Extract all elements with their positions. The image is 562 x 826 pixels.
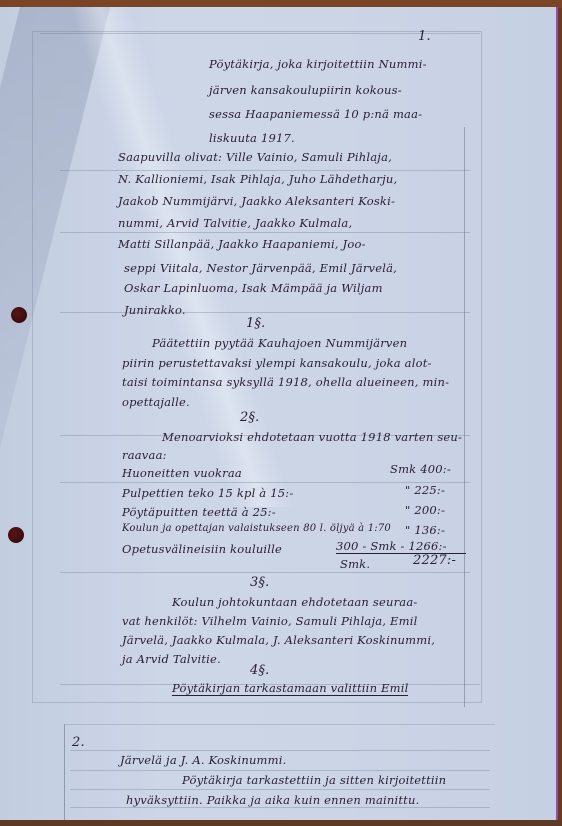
ruled-line: [70, 807, 490, 808]
section-1-line: piirin perustettavaksi ylempi kansakoulu…: [122, 356, 432, 370]
section-2-label: 2§.: [240, 410, 260, 425]
section-1-line: opettajalle.: [122, 395, 190, 409]
section-1-line: taisi toimintansa syksyllä 1918, ohella …: [122, 375, 449, 389]
page-2-line: Pöytäkirja tarkastettiin ja sitten kirjo…: [182, 773, 446, 787]
section-3-label: 3§.: [250, 575, 270, 590]
section-2-intro: Menoarvioksi ehdotetaan vuotta 1918 vart…: [162, 430, 462, 444]
budget-item: Huoneitten vuokraa: [122, 466, 242, 480]
section-1-line: Päätettiin pyytää Kauhajoen Nummijärven: [152, 336, 407, 350]
section-4-label: 4§.: [250, 663, 270, 678]
budget-total-label: Smk.: [340, 557, 370, 571]
budget-amount: " 200:-: [405, 503, 445, 517]
section-4-line: Pöytäkirjan tarkastamaan valittiin Emil: [172, 681, 408, 696]
ruled-line: [40, 33, 480, 34]
attendees-line: Junirakko.: [124, 303, 186, 317]
page-2-line: hyväksyttiin. Paikka ja aika kuin ennen …: [126, 793, 419, 807]
budget-item: Pöytäpuitten teettä à 25:-: [122, 505, 276, 519]
page-2-number: 2.: [72, 735, 85, 750]
ruled-line: [60, 572, 470, 573]
budget-amount: 300 - Smk - 1266:-: [336, 539, 466, 554]
budget-amount: " 225:-: [405, 483, 445, 497]
section-2-intro: raavaa:: [122, 448, 167, 462]
ruled-line: [70, 750, 490, 751]
ruled-line: [60, 170, 470, 171]
ruled-line: [70, 770, 490, 771]
heading-line: sessa Haapaniemessä 10 p:nä maa-: [209, 107, 422, 121]
table-surface-bottom: [0, 820, 562, 826]
budget-item: Koulun ja opettajan valaistukseen 80 l. …: [122, 523, 391, 534]
budget-item: Opetusvälineisiin kouluille: [122, 542, 282, 556]
attendees-line: nummi, Arvid Talvitie, Jaakko Kulmala,: [118, 216, 352, 230]
attendees-line: N. Kallioniemi, Isak Pihlaja, Juho Lähde…: [118, 172, 397, 186]
attendees-line: Saapuvilla olivat: Ville Vainio, Samuli …: [118, 150, 392, 164]
ruled-line: [70, 789, 490, 790]
budget-item: Pulpettien teko 15 kpl à 15:-: [122, 486, 293, 500]
ruled-line: [60, 232, 470, 233]
page-number: 1.: [418, 29, 431, 44]
section-3-line: vat henkilöt: Vilhelm Vainio, Samuli Pih…: [122, 614, 417, 628]
page-2-line: Järvelä ja J. A. Koskinummi.: [120, 753, 287, 767]
binder-hole: [8, 527, 24, 543]
heading-line: Pöytäkirja, joka kirjoitettiin Nummi-: [209, 57, 427, 71]
budget-amount: Smk 400:-: [390, 462, 451, 476]
heading-line: järven kansakoulupiirin kokous-: [209, 83, 402, 97]
section-3-line: Koulun johtokuntaan ehdotetaan seuraa-: [172, 595, 418, 609]
right-margin-line: [464, 127, 465, 707]
budget-amount: " 136:-: [405, 523, 445, 537]
budget-total-value: 2227:-: [413, 553, 456, 568]
attendees-line: seppi Viitala, Nestor Järvenpää, Emil Jä…: [124, 261, 397, 275]
ruled-line: [60, 312, 470, 313]
section-3-line: Järvelä, Jaakko Kulmala, J. Aleksanteri …: [122, 633, 435, 647]
binder-hole: [11, 307, 27, 323]
section-3-line: ja Arvid Talvitie.: [122, 652, 221, 666]
attendees-line: Matti Sillanpää, Jaakko Haapaniemi, Joo-: [118, 237, 366, 251]
heading-line: liskuuta 1917.: [209, 131, 295, 145]
attendees-line: Oskar Lapinluoma, Isak Mämpää ja Wiljam: [124, 281, 383, 295]
document-page: 1. Pöytäkirja, joka kirjoitettiin Nummi-…: [0, 7, 558, 820]
attendees-line: Jaakob Nummijärvi, Jaakko Aleksanteri Ko…: [118, 194, 395, 208]
section-1-label: 1§.: [246, 316, 266, 331]
